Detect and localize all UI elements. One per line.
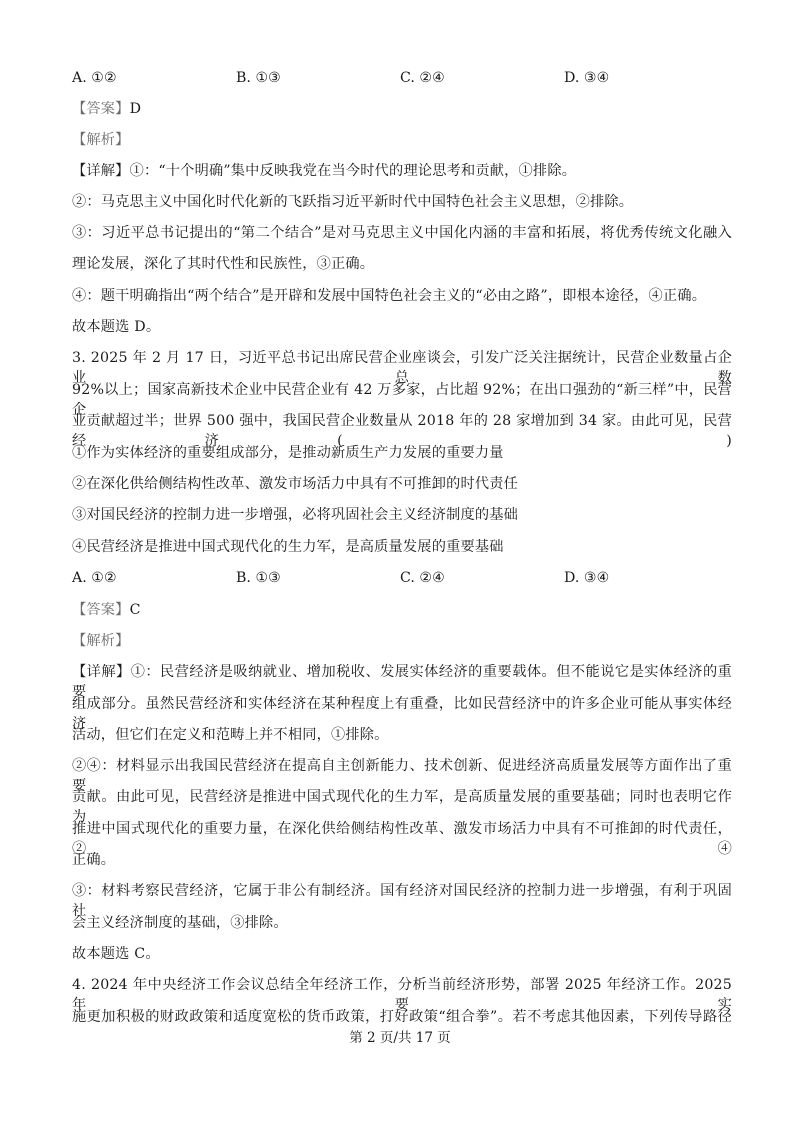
q2-detail-line: ③：习近平总书记提出的“第二个结合”是对马克思主义中国化内涵的丰富和拓展，将优秀… bbox=[72, 223, 732, 243]
q3-statement-4: ④民营经济是推进中国式现代化的生力军，是高质量发展的重要基础 bbox=[72, 537, 732, 557]
q2-detail-line: 【详解】①：“十个明确”集中反映我党在当今时代的理论思考和贡献，①排除。 bbox=[72, 161, 732, 181]
q2-option-c: C. ②④ bbox=[400, 68, 445, 88]
q2-option-d: D. ③④ bbox=[564, 68, 609, 88]
q3-statement-2: ②在深化供给侧结构性改革、激发市场活力中具有不可推卸的时代责任 bbox=[72, 474, 732, 494]
q2-analysis-label: 【解析】 bbox=[72, 130, 732, 150]
q3-statement-1: ①作为实体经济的重要组成部分，是推动新质生产力发展的重要力量 bbox=[72, 443, 732, 463]
q3-detail-line: 正确。 bbox=[72, 850, 732, 870]
detail-label: 【详解】 bbox=[72, 163, 130, 179]
q3-conclusion: 故本题选 C。 bbox=[72, 944, 732, 964]
q3-detail-line: 活动，但它们在定义和范畴上并不相同，①排除。 bbox=[72, 725, 732, 745]
document-page: A. ①② B. ①③ C. ②④ D. ③④ 【答案】D 【解析】 【详解】①… bbox=[0, 0, 800, 1131]
q2-option-b: B. ①③ bbox=[236, 68, 281, 88]
q4-stem-line: 施更加积极的财政政策和适度宽松的货币政策，打好政策“组合拳”。若不考虑其他因素，… bbox=[72, 1007, 732, 1027]
page-number: 第 2 页/共 17 页 bbox=[0, 1029, 800, 1047]
q3-answer: 【答案】C bbox=[72, 600, 732, 620]
answer-value: C bbox=[130, 602, 141, 618]
q2-detail-line: 理论发展，深化了其时代性和民族性，③正确。 bbox=[72, 254, 732, 274]
q2-conclusion: 故本题选 D。 bbox=[72, 317, 732, 337]
q2-answer: 【答案】D bbox=[72, 99, 732, 119]
q3-option-d: D. ③④ bbox=[564, 568, 609, 588]
q3-analysis-label: 【解析】 bbox=[72, 631, 732, 651]
q3-option-a: A. ①② bbox=[72, 568, 117, 588]
q2-option-a: A. ①② bbox=[72, 68, 117, 88]
q3-option-c: C. ②④ bbox=[400, 568, 445, 588]
q3-option-b: B. ①③ bbox=[236, 568, 281, 588]
answer-value: D bbox=[130, 101, 142, 117]
detail-label: 【详解】 bbox=[72, 664, 131, 680]
q3-detail-line: 会主义经济制度的基础，③排除。 bbox=[72, 913, 732, 933]
answer-label: 【答案】 bbox=[72, 602, 130, 618]
q3-statement-3: ③对国民经济的控制力进一步增强，必将巩固社会主义经济制度的基础 bbox=[72, 505, 732, 525]
detail-text: ①：“十个明确”集中反映我党在当今时代的理论思考和贡献，①排除。 bbox=[130, 163, 577, 179]
q2-detail-line: ④：题干明确指出“两个结合”是开辟和发展中国特色社会主义的“必由之路”，即根本途… bbox=[72, 286, 732, 306]
q2-detail-line: ②：马克思主义中国化时代化新的飞跃指习近平新时代中国特色社会主义思想，②排除。 bbox=[72, 192, 732, 212]
answer-label: 【答案】 bbox=[72, 101, 130, 117]
